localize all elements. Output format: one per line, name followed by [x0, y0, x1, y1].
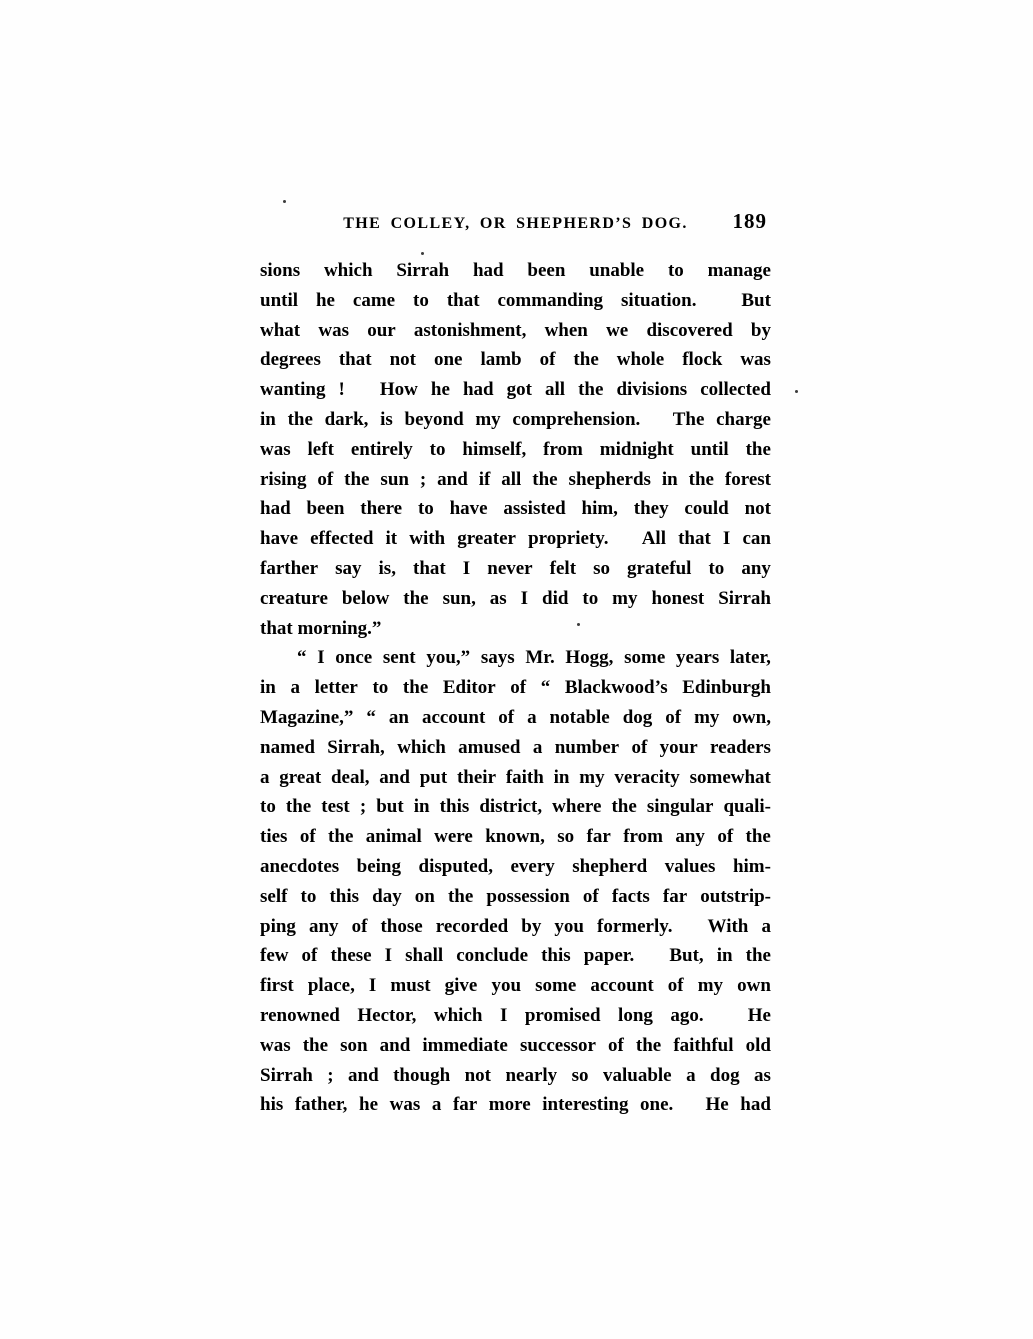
- word: never: [487, 554, 532, 584]
- word: there: [360, 494, 402, 524]
- word: account: [590, 971, 653, 1001]
- word: ping: [260, 912, 296, 942]
- text-line: tothetest;butinthisdistrict,wherethesing…: [260, 792, 771, 822]
- word: renowned: [260, 1001, 340, 1031]
- word: veracity: [614, 763, 679, 793]
- word: flock: [682, 345, 722, 375]
- text-line: sionswhichSirrahhadbeenunabletomanage: [260, 256, 771, 286]
- word: dog: [710, 1061, 740, 1091]
- word: I: [500, 1001, 507, 1031]
- word: propriety.: [528, 524, 608, 554]
- word: known,: [485, 822, 545, 852]
- word: facts: [612, 882, 650, 912]
- word: ;: [360, 792, 366, 822]
- word: not: [745, 494, 771, 524]
- text-line: firstplace,Imustgiveyousomeaccountofmyow…: [260, 971, 771, 1001]
- word: put: [420, 763, 447, 793]
- word: honest: [651, 584, 704, 614]
- text-line: untilhecametothatcommandingsituation.But: [260, 286, 771, 316]
- word: and: [437, 465, 468, 495]
- word: collected: [700, 375, 771, 405]
- word: few: [260, 941, 288, 971]
- word: unable: [589, 256, 644, 286]
- word: we: [606, 316, 628, 346]
- word: by: [751, 316, 771, 346]
- word: far: [453, 1090, 477, 1120]
- word: was: [390, 1090, 421, 1120]
- word: with: [409, 524, 445, 554]
- word: my: [612, 584, 637, 614]
- sentence-gap: [714, 286, 723, 316]
- word: were: [434, 822, 473, 852]
- word: Blackwood’s: [565, 673, 668, 703]
- word: All: [642, 524, 666, 554]
- word: test: [321, 792, 349, 822]
- word: the: [403, 584, 428, 614]
- word: later,: [730, 643, 771, 673]
- word: that: [678, 524, 711, 554]
- word: He: [705, 1090, 728, 1120]
- word: letter: [315, 673, 358, 703]
- word: not: [465, 1061, 491, 1091]
- word: quali-: [723, 792, 771, 822]
- word: so: [557, 822, 574, 852]
- sentence-gap: [686, 912, 695, 942]
- word: situation.: [621, 286, 697, 316]
- word: him,: [582, 494, 618, 524]
- text-line: Sirrah;andthoughnotnearlysovaluableadoga…: [260, 1061, 771, 1091]
- word: animal: [366, 822, 422, 852]
- sentence-gap: [621, 524, 630, 554]
- word: sent: [383, 643, 416, 673]
- word: I: [521, 584, 528, 614]
- word: is: [380, 405, 393, 435]
- word: entirely: [351, 435, 413, 465]
- word: of: [300, 822, 316, 852]
- word: the: [532, 465, 557, 495]
- word: have: [260, 524, 298, 554]
- word: to: [582, 584, 598, 614]
- word: the: [578, 375, 603, 405]
- word: was: [260, 435, 291, 465]
- word: in: [260, 405, 276, 435]
- word: self: [260, 882, 287, 912]
- word: he: [316, 286, 335, 316]
- word: the: [344, 465, 369, 495]
- text-line: whatwasourastonishment,whenwediscoveredb…: [260, 316, 771, 346]
- word: in: [260, 673, 276, 703]
- word: conclude: [456, 941, 528, 971]
- word: to: [418, 494, 434, 524]
- word: the: [746, 822, 771, 852]
- word: The: [673, 405, 705, 435]
- word: some: [624, 643, 665, 673]
- word: though: [393, 1061, 450, 1091]
- word: ago.: [670, 1001, 703, 1031]
- word: they: [634, 494, 669, 524]
- word: But: [741, 286, 771, 316]
- word: my: [475, 405, 500, 435]
- word: old: [746, 1031, 771, 1061]
- word: this: [440, 792, 470, 822]
- word: the: [288, 405, 313, 435]
- scanned-book-page: THE COLLEY, OR SHEPHERD’S DOG. 189 sions…: [0, 0, 1033, 1339]
- word: which: [397, 733, 446, 763]
- word: account: [422, 703, 485, 733]
- word: forest: [725, 465, 771, 495]
- word: not: [390, 345, 416, 375]
- word: lamb: [480, 345, 521, 375]
- word: his: [260, 1090, 283, 1120]
- word: Hector,: [357, 1001, 416, 1031]
- word: discovered: [646, 316, 732, 346]
- scan-speck: [283, 200, 286, 203]
- word: effected: [310, 524, 373, 554]
- text-line: farthersayis,thatIneverfeltsogratefultoa…: [260, 554, 771, 584]
- text-line: fewoftheseIshallconcludethispaper.But,in…: [260, 941, 771, 971]
- word: I: [369, 971, 376, 1001]
- word: says: [481, 643, 515, 673]
- word: was: [260, 1031, 291, 1061]
- text-line: haveeffecteditwithgreaterpropriety.Allth…: [260, 524, 771, 554]
- word: one: [434, 345, 463, 375]
- word: was: [740, 345, 771, 375]
- word: of: [498, 703, 514, 733]
- word: until: [691, 435, 729, 465]
- word: rising: [260, 465, 306, 495]
- word: to: [708, 554, 724, 584]
- word: charge: [716, 405, 771, 435]
- word: when: [545, 316, 588, 346]
- word: got: [507, 375, 532, 405]
- word: !: [339, 375, 345, 405]
- word: interesting: [542, 1090, 628, 1120]
- text-line: pinganyofthoserecordedbyyouformerly.With…: [260, 912, 771, 942]
- word: ;: [327, 1061, 333, 1091]
- word: a: [761, 912, 771, 942]
- word: and: [348, 1061, 379, 1091]
- word: son: [340, 1031, 367, 1061]
- word: the: [286, 792, 311, 822]
- word: shepherd: [572, 852, 647, 882]
- word: degrees: [260, 345, 321, 375]
- word: faithful: [673, 1031, 733, 1061]
- word: Sirrah: [718, 584, 771, 614]
- text-line: wanting!Howhehadgotallthedivisionscollec…: [260, 375, 771, 405]
- word: those: [380, 912, 422, 942]
- word: the: [746, 941, 771, 971]
- word: I: [317, 643, 324, 673]
- word: the: [573, 345, 598, 375]
- word: a: [260, 763, 270, 793]
- word: formerly.: [597, 912, 672, 942]
- word: have: [450, 494, 488, 524]
- word: sun: [380, 465, 409, 495]
- word: a: [432, 1090, 442, 1120]
- text-line: anecdotesbeingdisputed,everyshepherdvalu…: [260, 852, 771, 882]
- text-line: hadbeentheretohaveassistedhim,theycouldn…: [260, 494, 771, 524]
- word: of: [608, 1031, 624, 1061]
- word: manage: [708, 256, 771, 286]
- word: the: [328, 822, 353, 852]
- word: but: [376, 792, 403, 822]
- word: of: [302, 941, 318, 971]
- word: of: [631, 733, 647, 763]
- word: of: [540, 345, 556, 375]
- word: that: [447, 286, 480, 316]
- word: your: [660, 733, 698, 763]
- word: must: [390, 971, 430, 1001]
- text-line: renownedHector,whichIpromisedlongago.He: [260, 1001, 771, 1031]
- word: years: [676, 643, 719, 673]
- word: all: [545, 375, 565, 405]
- word: their: [457, 763, 496, 793]
- word: in: [414, 792, 430, 822]
- text-line: selftothisdayonthepossessionoffactsfarou…: [260, 882, 771, 912]
- word: he: [359, 1090, 378, 1120]
- word: him-: [733, 852, 771, 882]
- word: recorded: [436, 912, 508, 942]
- word: been: [306, 494, 344, 524]
- text-line: risingofthesun;andifalltheshepherdsinthe…: [260, 465, 771, 495]
- sentence-gap: [721, 1001, 730, 1031]
- word: I: [723, 524, 730, 554]
- word: he: [431, 375, 450, 405]
- word: “: [366, 703, 376, 733]
- word: this: [329, 882, 359, 912]
- word: Sirrah: [396, 256, 449, 286]
- word: Edinburgh: [682, 673, 771, 703]
- word: if: [479, 465, 491, 495]
- word: which: [324, 256, 373, 286]
- word: by: [521, 912, 541, 942]
- sentence-gap: [652, 405, 661, 435]
- word: But,: [669, 941, 703, 971]
- word: that: [339, 345, 372, 375]
- word: give: [445, 971, 478, 1001]
- word: came: [353, 286, 395, 316]
- text-line: tiesoftheanimalwereknown,sofarfromanyoft…: [260, 822, 771, 852]
- word: the: [636, 1031, 661, 1061]
- word: you: [554, 912, 584, 942]
- word: in: [662, 465, 678, 495]
- word: to: [260, 792, 276, 822]
- word: our: [367, 316, 396, 346]
- chapter-header-title: THE COLLEY, OR SHEPHERD’S DOG.: [260, 215, 771, 233]
- word: wanting: [260, 375, 325, 405]
- word: any: [675, 822, 705, 852]
- word: a: [527, 703, 537, 733]
- word: and: [379, 763, 410, 793]
- word: where: [552, 792, 601, 822]
- word: disputed,: [419, 852, 493, 882]
- word: sun,: [443, 584, 476, 614]
- word: notable: [550, 703, 610, 733]
- word: Sirrah,: [327, 733, 385, 763]
- word: to: [413, 286, 429, 316]
- word: had: [740, 1090, 771, 1120]
- page-number: 189: [733, 209, 768, 234]
- text-line: wasthesonandimmediatesuccessorofthefaith…: [260, 1031, 771, 1061]
- word: once: [335, 643, 372, 673]
- word: great: [279, 763, 321, 793]
- word: did: [542, 584, 568, 614]
- text-line: hisfather,hewasafarmoreinterestingone.He…: [260, 1090, 771, 1120]
- word: the: [689, 465, 714, 495]
- word: any: [741, 554, 771, 584]
- word: “: [297, 643, 307, 673]
- word: all: [501, 465, 521, 495]
- word: dark,: [325, 405, 369, 435]
- word: farther: [260, 554, 318, 584]
- word: greater: [457, 524, 516, 554]
- word: to: [430, 435, 446, 465]
- word: an: [389, 703, 409, 733]
- word: as: [754, 1061, 771, 1091]
- word: sions: [260, 256, 300, 286]
- text-line: “Ioncesentyou,”saysMr.Hogg,someyearslate…: [260, 643, 771, 673]
- word: dog: [623, 703, 653, 733]
- word: in: [554, 763, 570, 793]
- text-line: agreatdeal,andputtheirfaithinmyveracitys…: [260, 763, 771, 793]
- word: my: [694, 703, 719, 733]
- word: named: [260, 733, 315, 763]
- word: a: [686, 1061, 696, 1091]
- word: to: [372, 673, 388, 703]
- word: one.: [640, 1090, 673, 1120]
- word: own,: [732, 703, 771, 733]
- word: first: [260, 971, 294, 1001]
- word: to: [668, 256, 684, 286]
- word: With: [708, 912, 749, 942]
- text-line: wasleftentirelytohimself,frommidnightunt…: [260, 435, 771, 465]
- word: astonishment,: [414, 316, 526, 346]
- word: what: [260, 316, 300, 346]
- word: my: [579, 763, 604, 793]
- word: amused: [458, 733, 520, 763]
- word: the: [403, 673, 428, 703]
- word: paper.: [584, 941, 635, 971]
- word: of: [583, 882, 599, 912]
- word: anecdotes: [260, 852, 339, 882]
- word: faith: [506, 763, 544, 793]
- word: that: [413, 554, 446, 584]
- word: until: [260, 286, 298, 316]
- sentence-gap: [358, 375, 367, 405]
- word: of: [717, 822, 733, 852]
- word: long: [618, 1001, 653, 1031]
- word: from: [623, 822, 663, 852]
- word: more: [489, 1090, 531, 1120]
- word: which: [434, 1001, 483, 1031]
- scan-speck: [421, 252, 424, 255]
- word: any: [309, 912, 339, 942]
- word: being: [357, 852, 401, 882]
- word: to: [301, 882, 317, 912]
- word: of: [668, 971, 684, 1001]
- sentence-gap: [685, 1090, 694, 1120]
- word: had: [463, 375, 494, 405]
- word: it: [386, 524, 398, 554]
- word: every: [510, 852, 554, 882]
- word: left: [308, 435, 334, 465]
- word: so: [572, 1061, 589, 1091]
- word: “: [541, 673, 551, 703]
- text-line: creaturebelowthesun,asIdidtomyhonestSirr…: [260, 584, 771, 614]
- text-line: inalettertotheEditorof“Blackwood’sEdinbu…: [260, 673, 771, 703]
- word: How: [380, 375, 418, 405]
- word: comprehension.: [512, 405, 640, 435]
- scan-speck: [577, 623, 580, 626]
- word: on: [415, 882, 435, 912]
- word: possession: [486, 882, 569, 912]
- word: assisted: [503, 494, 565, 524]
- word: Hogg,: [565, 643, 613, 673]
- word: you: [491, 971, 521, 1001]
- word: you,”: [426, 643, 470, 673]
- word: I: [463, 554, 470, 584]
- sentence-gap: [647, 941, 656, 971]
- word: He: [748, 1001, 771, 1031]
- word: beyond: [405, 405, 464, 435]
- word: can: [742, 524, 771, 554]
- word: singular: [647, 792, 714, 822]
- word: so: [593, 554, 610, 584]
- text-block: sionswhichSirrahhadbeenunabletomanageunt…: [260, 256, 771, 1120]
- word: of: [510, 673, 526, 703]
- word: number: [555, 733, 619, 763]
- word: I: [385, 941, 392, 971]
- word: grateful: [627, 554, 691, 584]
- text-line: degreesthatnotonelambofthewholeflockwas: [260, 345, 771, 375]
- word: these: [330, 941, 371, 971]
- word: own: [737, 971, 771, 1001]
- word: this: [541, 941, 571, 971]
- running-header: THE COLLEY, OR SHEPHERD’S DOG. 189: [260, 213, 771, 239]
- word: district,: [479, 792, 542, 822]
- word: the: [746, 435, 771, 465]
- word: as: [490, 584, 507, 614]
- word: ;: [420, 465, 426, 495]
- word: ties: [260, 822, 287, 852]
- word: promised: [525, 1001, 601, 1031]
- word: whole: [617, 345, 665, 375]
- word: far: [663, 882, 687, 912]
- word: a: [533, 733, 543, 763]
- word: Editor: [443, 673, 496, 703]
- word: Sirrah: [260, 1061, 313, 1091]
- word: is,: [379, 554, 396, 584]
- word: shall: [405, 941, 443, 971]
- word: my: [698, 971, 723, 1001]
- word: immediate: [422, 1031, 507, 1061]
- word: midnight: [600, 435, 674, 465]
- word: had: [473, 256, 504, 286]
- word: some: [535, 971, 576, 1001]
- word: the: [448, 882, 473, 912]
- word: readers: [710, 733, 771, 763]
- word: in: [717, 941, 733, 971]
- text-line: Magazine,”“anaccountofanotabledogofmyown…: [260, 703, 771, 733]
- word: below: [342, 584, 390, 614]
- word: successor: [520, 1031, 596, 1061]
- word: Magazine,”: [260, 703, 353, 733]
- word: of: [352, 912, 368, 942]
- word: the: [303, 1031, 328, 1061]
- word: deal,: [331, 763, 370, 793]
- word: Mr.: [525, 643, 554, 673]
- word: from: [543, 435, 583, 465]
